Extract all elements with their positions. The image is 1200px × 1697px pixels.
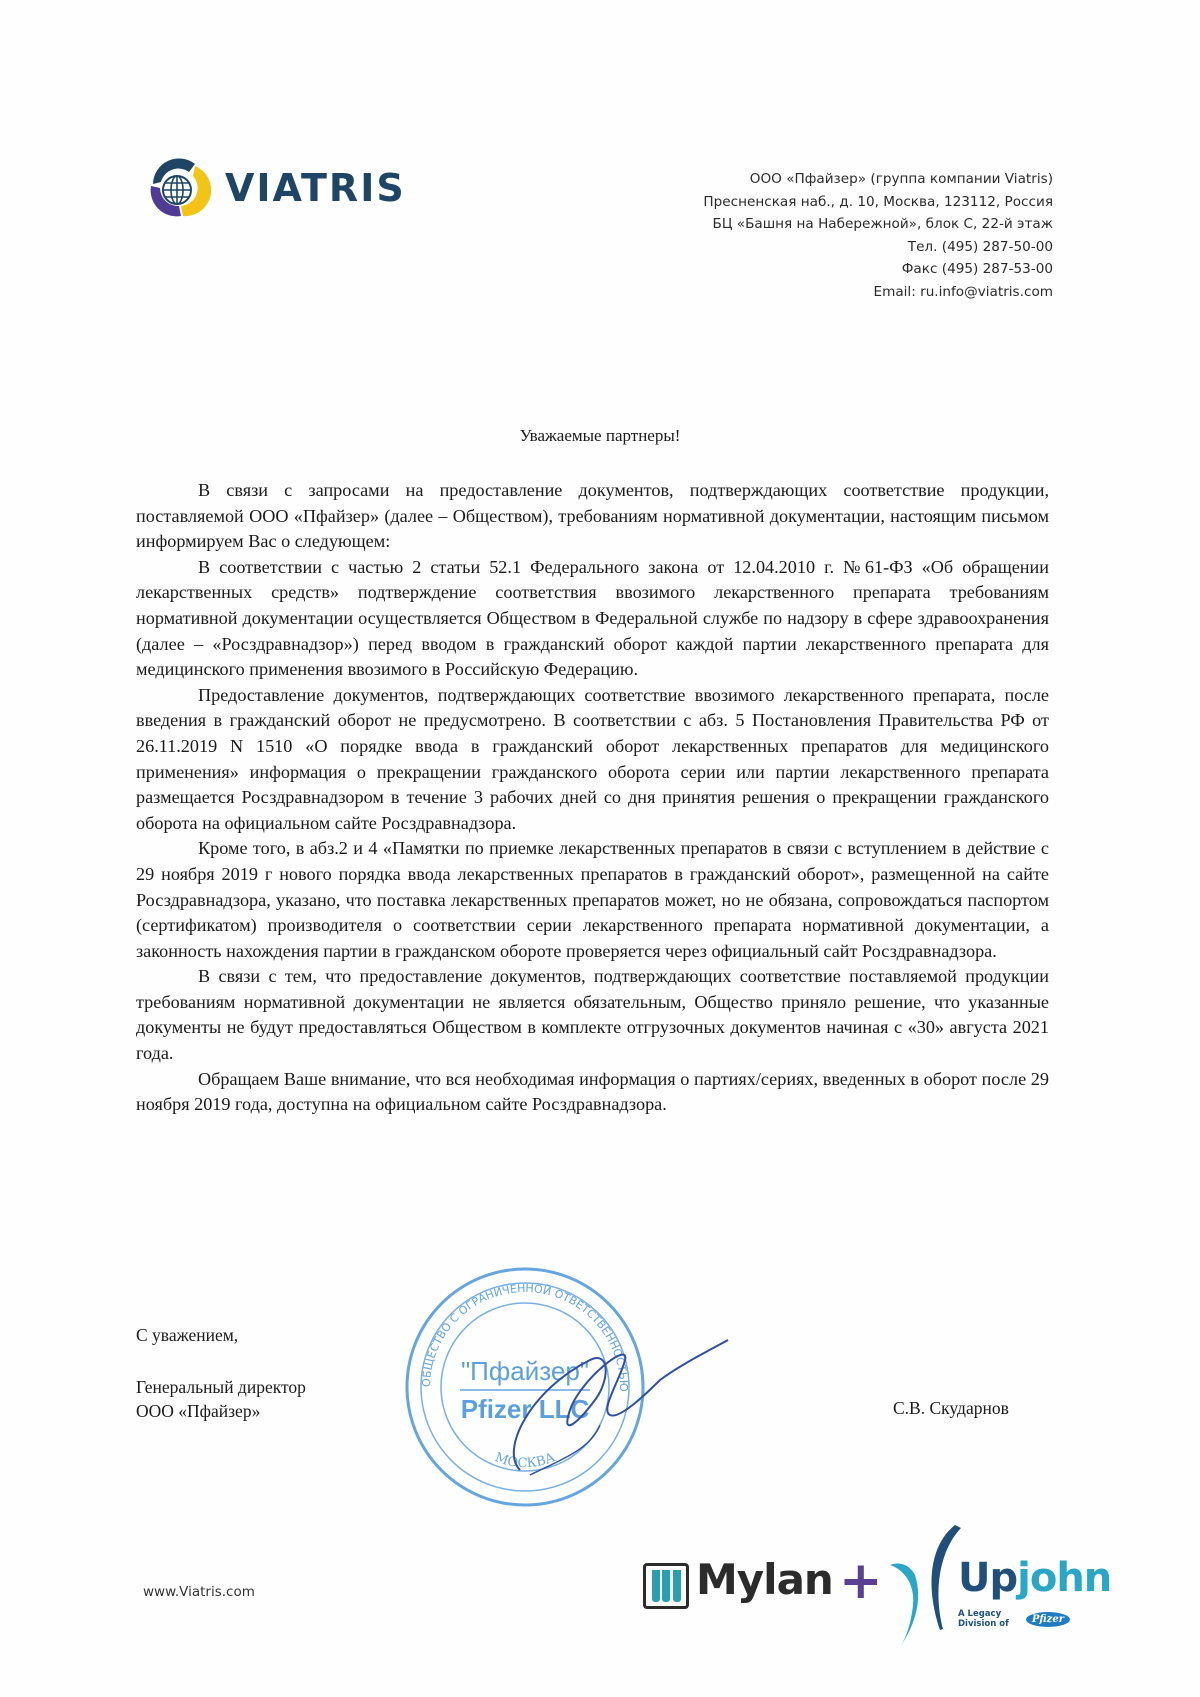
- viatris-logo: VIATRIS: [143, 154, 406, 222]
- upjohn-swoosh-icon: [885, 1525, 965, 1650]
- paragraph: В соответствии с частью 2 статьи 52.1 Фе…: [136, 555, 1049, 683]
- mylan-icon: [643, 1563, 689, 1609]
- position-title: Генеральный директор: [136, 1375, 306, 1399]
- upjohn-wordmark: Upjohn: [958, 1555, 1111, 1601]
- address-building: БЦ «Башня на Набережной», блок С, 22-й э…: [703, 213, 1053, 236]
- footer-website: www.Viatris.com: [143, 1584, 255, 1600]
- address-phone: Тел. (495) 287-50-00: [703, 236, 1053, 259]
- address-fax: Факс (495) 287-53-00: [703, 258, 1053, 281]
- pfizer-badge-icon: Pfizer: [1026, 1612, 1070, 1627]
- viatris-wordmark: VIATRIS: [225, 166, 406, 210]
- paragraph: В связи с тем, что предоставление докуме…: [136, 964, 1049, 1066]
- letter-page: VIATRIS ООО «Пфайзер» (группа компании V…: [0, 0, 1200, 1697]
- paragraph: В связи с запросами на предоставление до…: [136, 478, 1049, 555]
- mylan-upjohn-logo: Mylan + Upjohn A Legacy Division of Pfiz…: [640, 1525, 1070, 1650]
- closing: С уважением,: [136, 1325, 238, 1346]
- address-street: Пресненская наб., д. 10, Москва, 123112,…: [703, 191, 1053, 214]
- plus-sign: +: [839, 1551, 883, 1611]
- salutation: Уважаемые партнеры!: [0, 426, 1200, 446]
- paragraph: Обращаем Ваше внимание, что вся необходи…: [136, 1067, 1049, 1118]
- address-email: Email: ru.info@viatris.com: [703, 281, 1053, 304]
- paragraph: Предоставление документов, подтверждающи…: [136, 683, 1049, 837]
- position-company: ООО «Пфайзер»: [136, 1399, 306, 1423]
- mylan-wordmark: Mylan: [696, 1555, 833, 1604]
- company-address-block: ООО «Пфайзер» (группа компании Viatris) …: [703, 168, 1053, 303]
- address-company: ООО «Пфайзер» (группа компании Viatris): [703, 168, 1053, 191]
- signer-position: Генеральный директор ООО «Пфайзер»: [136, 1375, 306, 1423]
- letter-body: В связи с запросами на предоставление до…: [136, 478, 1049, 1118]
- handwritten-signature: [500, 1330, 730, 1480]
- viatris-globe-icon: [143, 154, 211, 222]
- upjohn-tagline: A Legacy Division of Pfizer: [958, 1609, 1070, 1629]
- paragraph: Кроме того, в абз.2 и 4 «Памятки по прие…: [136, 836, 1049, 964]
- signer-name: С.В. Скударнов: [893, 1398, 1009, 1419]
